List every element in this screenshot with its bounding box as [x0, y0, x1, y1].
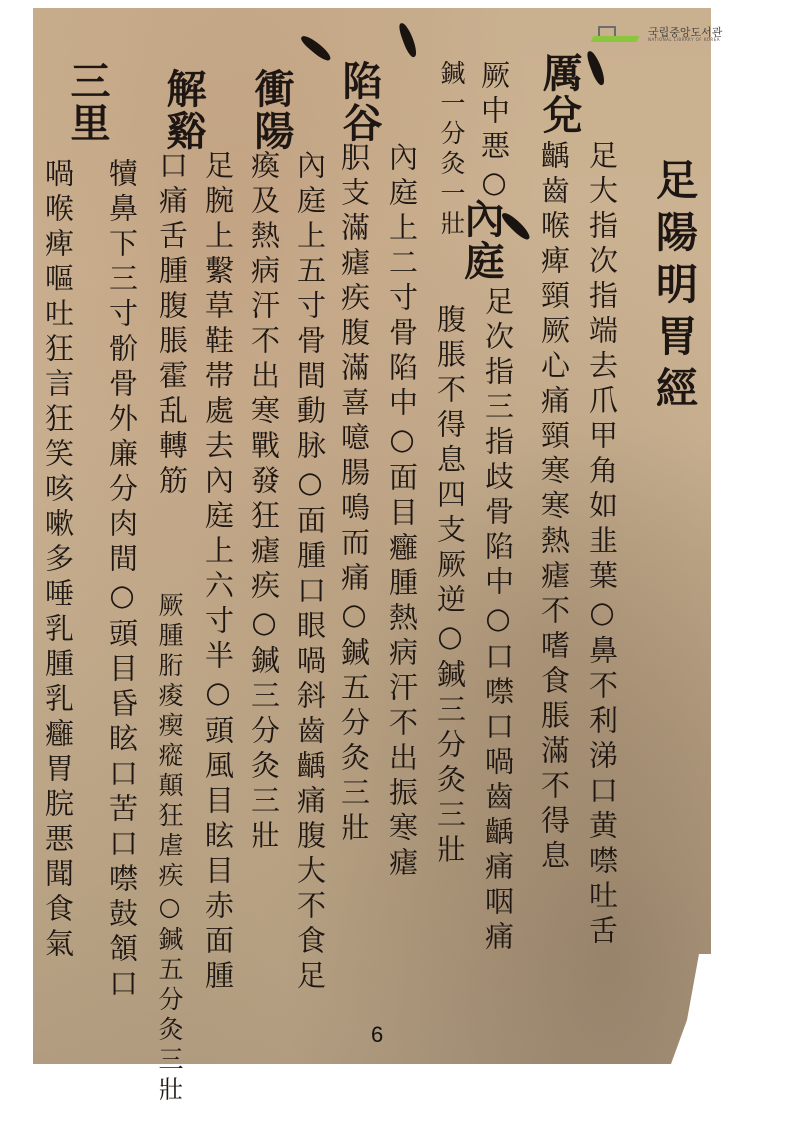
text-column: 胑支滿瘧疾腹滿喜噫腸鳴而痛○鍼五分灸三壯 [339, 142, 368, 847]
library-watermark: 국립중앙도서관 NATIONAL LIBRARY OF KOREA [592, 26, 722, 42]
ink-mark [585, 49, 607, 86]
manuscript-page: 足陽明胃經 厲兌 足大指次指端去爪甲角如韭葉○鼻不利涕口黄噤吐舌 齲齒喉痺頸厥心… [33, 8, 711, 1064]
text-column: 足大指次指端去爪甲角如韭葉○鼻不利涕口黄噤吐舌 [587, 140, 616, 950]
text-column: 喎喉痺嘔吐狂言狂笑咳嗽多唾乳腫乳癰胃脘悪聞食氣 [43, 158, 72, 963]
text-column: 足次指三指歧骨陷中○口噤口喎齒齲痛咽痛 [483, 286, 512, 956]
point-name-zusanli: 三里 [67, 60, 107, 144]
torn-corner [671, 954, 711, 1064]
text-column: 厥中悪○ [479, 60, 508, 205]
point-name-lidui: 厲兌 [539, 52, 579, 136]
page-number: 6 [371, 1022, 383, 1048]
point-name-xiangu: 陷谷 [339, 60, 379, 144]
point-name-chongyang: 衝陽 [251, 68, 291, 152]
watermark-title: 국립중앙도서관 [648, 27, 722, 38]
ink-mark [299, 33, 333, 64]
text-column: 口痛舌腫腹脹霍乱轉筋 [157, 150, 186, 500]
text-column: 內庭上二寸骨陷中○面目癰腫熱病汗不出振寒瘧 [387, 142, 416, 882]
text-column: 齲齒喉痺頸厥心痛頸寒寒熱瘧不嗜食脹滿不得息 [539, 140, 568, 875]
library-logo-icon [592, 26, 642, 42]
text-column: 內庭上五寸骨間動脉○面腫口眼喎斜齒齲痛腹大不食足 [295, 150, 324, 995]
text-column: 犢鼻下三寸骱骨外廉分肉間○頭目昏眩口苦口噤鼓頷口 [107, 158, 136, 1003]
text-column: 腹脹不得息四支厥逆○鍼三分灸三壯 [435, 304, 464, 869]
text-column: 足腕上繫草鞋帯處去內庭上六寸半○頭風目眩目赤面腫 [203, 150, 232, 995]
point-name-neiting: 內庭 [461, 198, 501, 282]
text-column: 瘓及熱病汗不出寒戰發狂瘧疾○鍼三分灸三壯 [249, 150, 278, 855]
text-column: 厥腫胻痠瘈瘲顛狂虐疾○鍼五分灸三壯 [157, 592, 182, 1106]
watermark-subtitle: NATIONAL LIBRARY OF KOREA [648, 38, 722, 42]
chapter-title: 足陽明胃經 [653, 158, 695, 418]
ink-mark [397, 21, 419, 58]
point-name-jiexi: 解谿 [163, 68, 203, 152]
